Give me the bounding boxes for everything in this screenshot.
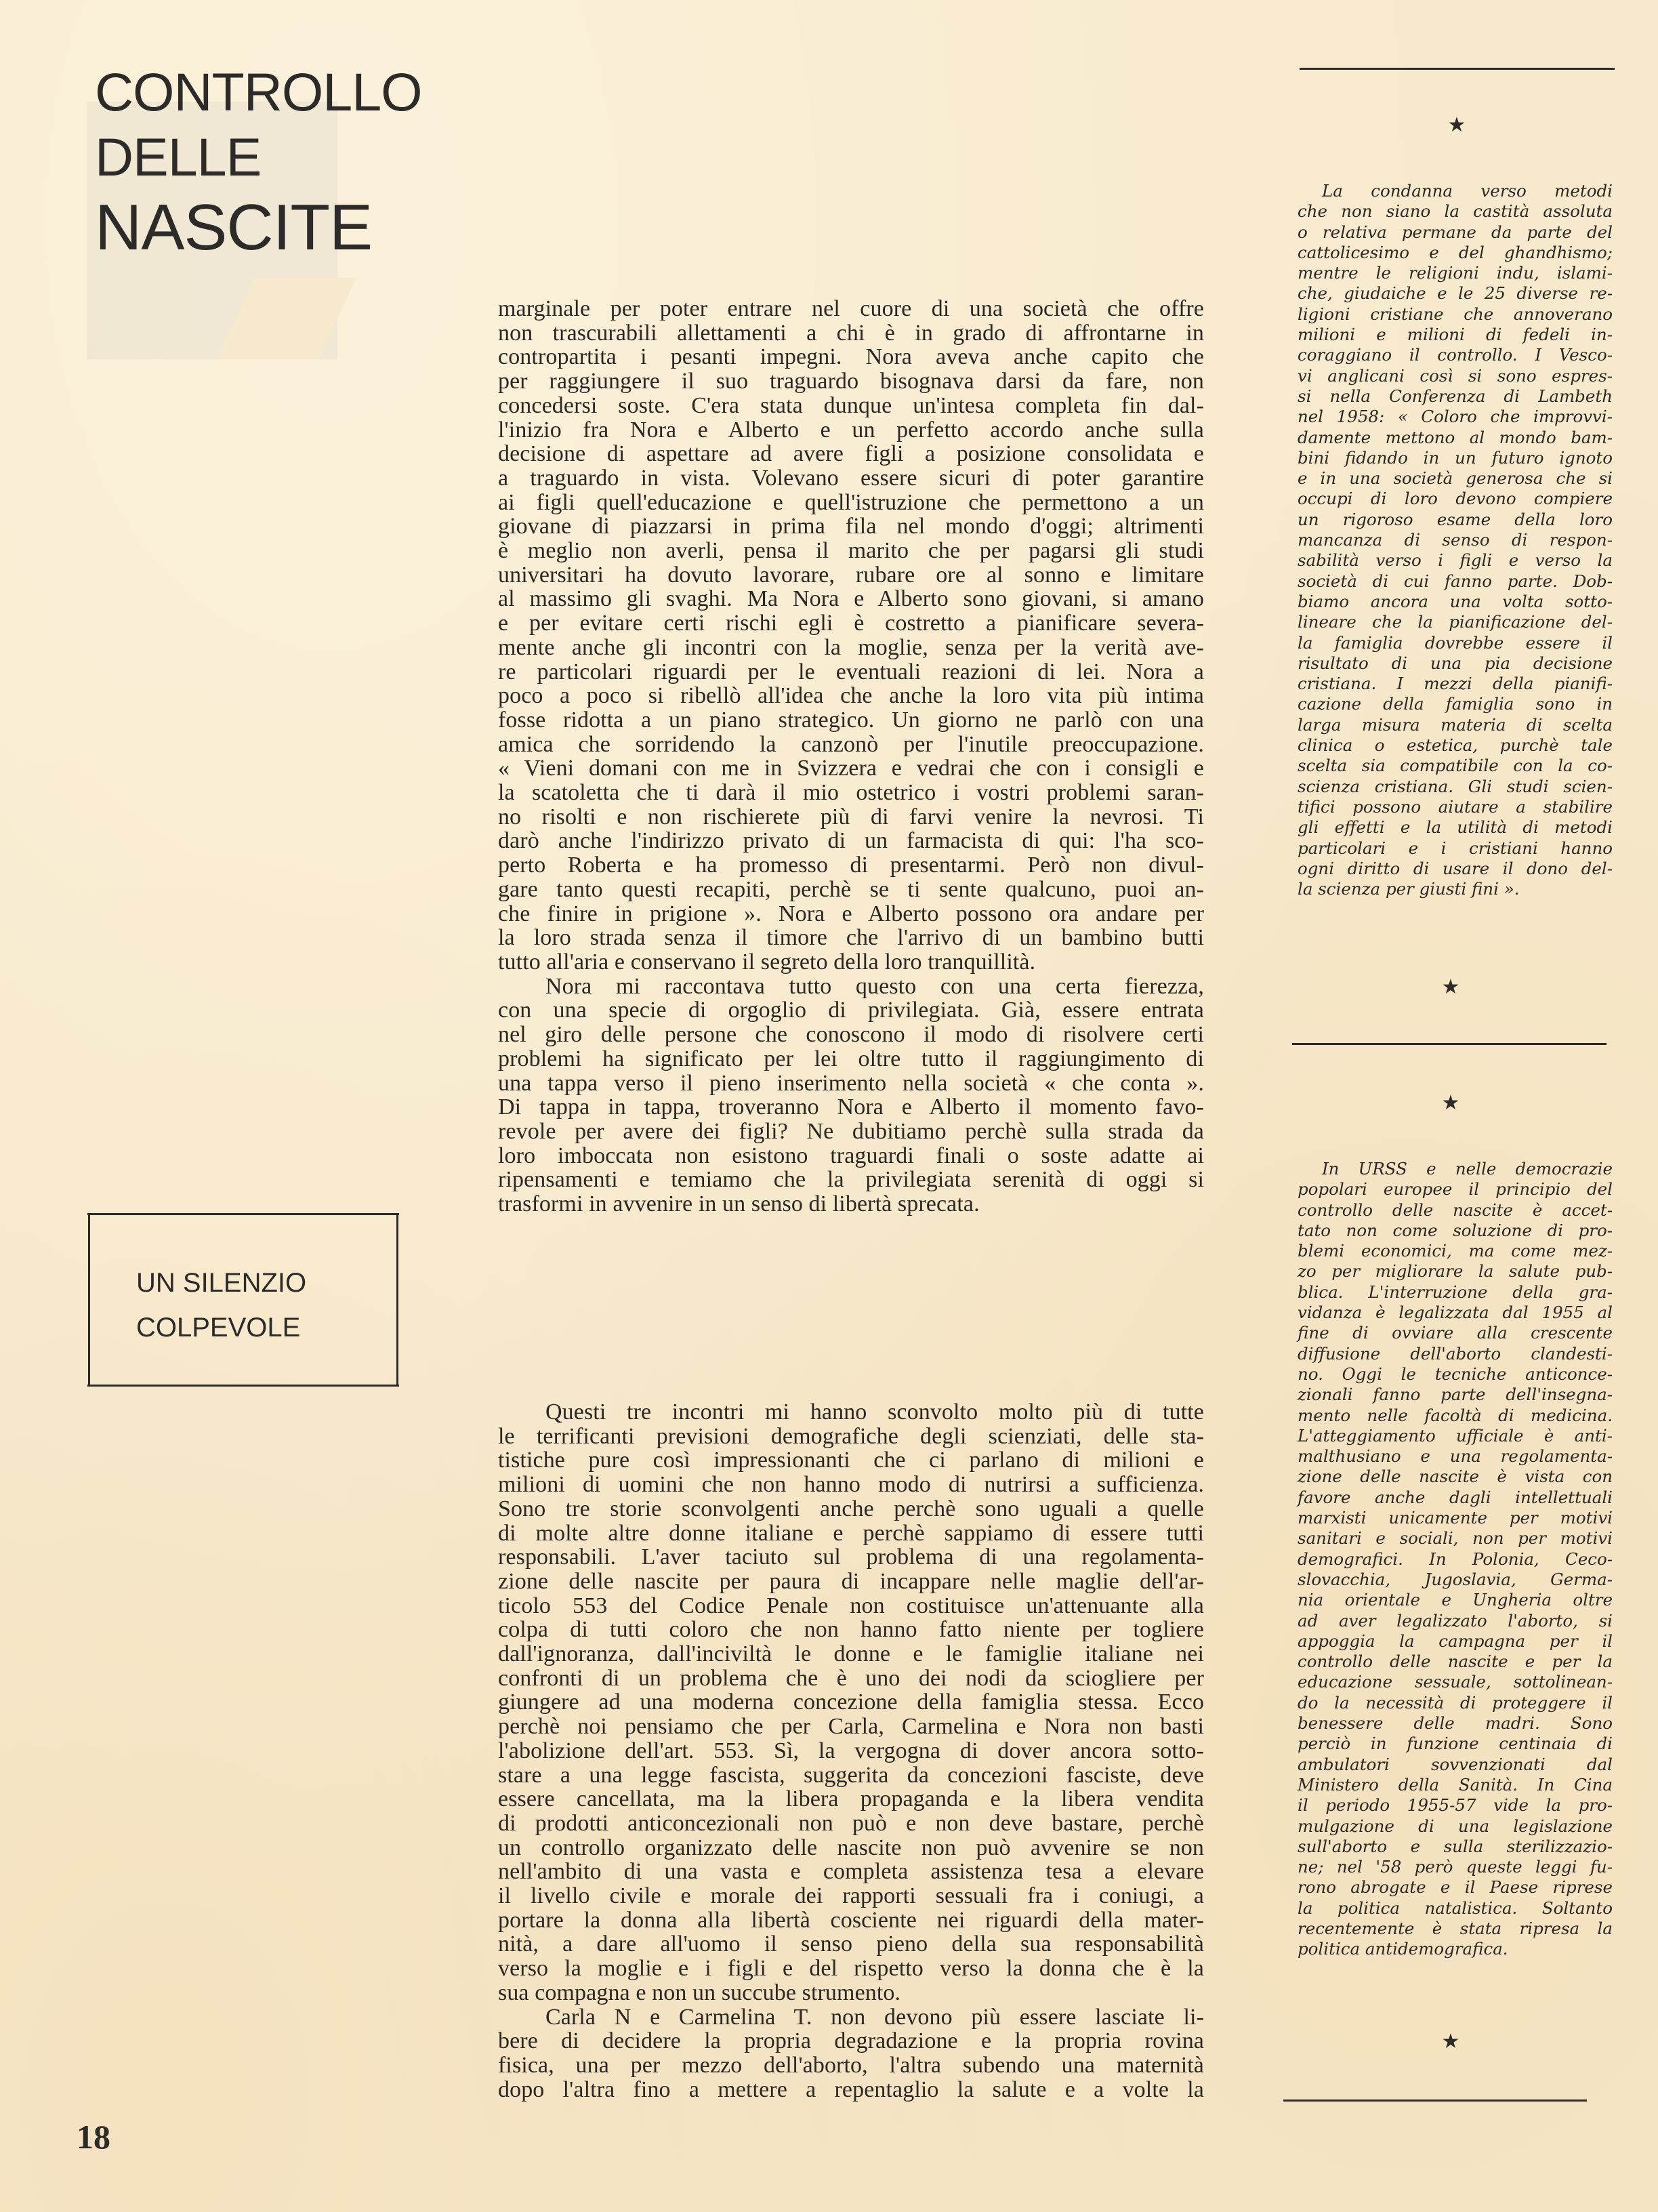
sidebar-box-1-text: La condanna verso metodiche non siano la… <box>1298 181 1613 899</box>
text-line: l'abolizione dell'art. 553. Sì, la vergo… <box>498 1739 1204 1763</box>
text-line: concedersi soste. C'era stata dunque un'… <box>498 394 1204 418</box>
text-line: un controllo organizzato delle nascite n… <box>498 1836 1204 1860</box>
text-line: dopo l'altra fino a mettere a repentagli… <box>498 2078 1204 2102</box>
sidebar-text-line: mentre le religioni indu, islami- <box>1298 263 1613 283</box>
text-line: nel giro delle persone che conoscono il … <box>498 1023 1204 1047</box>
sidebar-text-line: biamo ancora una volta sotto- <box>1298 592 1613 612</box>
text-line: e per evitare certi rischi egli è costre… <box>498 611 1204 636</box>
text-line: fisica, una per mezzo dell'aborto, l'alt… <box>498 2053 1204 2078</box>
sidebar-text-line: larga misura materia di scelta <box>1298 715 1613 735</box>
text-line: per raggiungere il suo traguardo bisogna… <box>498 369 1204 394</box>
sidebar-text-line: mulgazione di una legislazione <box>1298 1816 1613 1837</box>
text-line: revole per avere dei figli? Ne dubitiamo… <box>498 1120 1204 1144</box>
sidebar-text-line: blemi economici, ma come mez- <box>1298 1241 1613 1261</box>
boxed-subtitle-text: UN SILENZIO COLPEVOLE <box>136 1261 306 1350</box>
sidebar-text-line: fine di ovviare alla crescente <box>1298 1323 1613 1343</box>
text-line: perto Roberta e ha promesso di presentar… <box>498 853 1204 878</box>
title-line-3: NASCITE <box>95 190 422 266</box>
sidebar-text-line: e in una società generosa che si <box>1298 468 1613 489</box>
text-line: bere di decidere la propria degradazione… <box>498 2029 1204 2053</box>
sidebar-text-line: scelta sia compatibile con la co- <box>1298 756 1613 776</box>
sidebar-text-line: che, giudaiche e le 25 diverse re- <box>1298 283 1613 304</box>
sidebar-rule-top <box>1300 68 1615 70</box>
sidebar-text-line: clinica o estetica, purchè tale <box>1298 735 1613 756</box>
sidebar-text-line: gli effetti e la utilità di metodi <box>1298 817 1613 838</box>
article-title: CONTROLLO DELLE NASCITE <box>95 60 422 266</box>
sidebar-text-line: nel 1958: « Coloro che improvvi- <box>1298 407 1613 427</box>
sidebar-text-line: L'atteggiamento ufficiale è anti- <box>1298 1426 1613 1446</box>
star-icon: ★ <box>1437 2032 1464 2052</box>
star-icon: ★ <box>1437 1093 1464 1113</box>
text-line: a traguardo in vista. Volevano essere si… <box>498 466 1204 491</box>
text-line: responsabili. L'aver taciuto sul problem… <box>498 1545 1204 1570</box>
title-line-1: CONTROLLO <box>95 60 422 125</box>
text-line: portare la donna alla libertà cosciente … <box>498 1908 1204 1933</box>
text-line: tutto all'aria e conservano il segreto d… <box>498 950 1204 975</box>
sidebar-text-line: do la necessità di proteggere il <box>1298 1693 1613 1713</box>
sidebar-text-line: si nella Conferenza di Lambeth <box>1298 386 1613 407</box>
text-line: di prodotti anticoncezionali non può e n… <box>498 1811 1204 1836</box>
sidebar-text-line: o relativa permane da parte del <box>1298 222 1613 243</box>
page-number: 18 <box>77 2117 110 2156</box>
title-line-2: DELLE <box>95 125 422 190</box>
text-line: le terrificanti previsioni demografiche … <box>498 1425 1204 1449</box>
text-line: ticolo 553 del Codice Penale non costitu… <box>498 1594 1204 1618</box>
text-line: l'inizio fra Nora e Alberto e un perfett… <box>498 418 1204 443</box>
sidebar-text-line: damente mettono al mondo bam- <box>1298 428 1613 448</box>
sidebar-text-line: cazione della famiglia sono in <box>1298 694 1613 714</box>
sidebar-text-line: vi anglicani così si sono espres- <box>1298 366 1613 386</box>
main-text-block-1: marginale per poter entrare nel cuore di… <box>498 297 1204 1216</box>
text-line: zione delle nascite per paura di incappa… <box>498 1570 1204 1594</box>
sidebar-text-line: occupi di loro devono compiere <box>1298 489 1613 509</box>
sidebar-text-line: vidanza è legalizzata dal 1955 al <box>1298 1303 1613 1323</box>
text-line: Nora mi raccontava tutto questo con una … <box>498 975 1204 999</box>
text-line: al massimo gli svaghi. Ma Nora e Alberto… <box>498 587 1204 611</box>
text-line: « Vieni domani con me in Svizzera e vedr… <box>498 756 1204 781</box>
text-line: dall'ignoranza, dall'inciviltà le donne … <box>498 1642 1204 1666</box>
text-line: non trascurabili allettamenti a chi è in… <box>498 321 1204 346</box>
text-line: no risolti e non rischierete più di farv… <box>498 805 1204 829</box>
star-icon: ★ <box>1437 977 1464 998</box>
sidebar-text-line: ogni diritto di usare il dono del- <box>1298 859 1613 879</box>
sidebar-text-line: benessere delle madri. Sono <box>1298 1713 1613 1734</box>
text-line: Di tappa in tappa, troveranno Nora e Alb… <box>498 1095 1204 1120</box>
text-line: una tappa verso il pieno inserimento nel… <box>498 1071 1204 1096</box>
text-line: che finire in prigione ». Nora e Alberto… <box>498 902 1204 926</box>
boxed-subtitle: UN SILENZIO COLPEVOLE <box>88 1213 398 1387</box>
paragraph: Nora mi raccontava tutto questo con una … <box>498 975 1204 1216</box>
text-line: è meglio non averli, pensa il marito che… <box>498 539 1204 563</box>
sidebar-text-line: società di cui fanno parte. Dob- <box>1298 571 1613 592</box>
text-line: Sono tre storie sconvolgenti anche perch… <box>498 1497 1204 1521</box>
sidebar-text-line: sanitari e sociali, non per motivi <box>1298 1528 1613 1549</box>
sidebar-text-line: blica. L'interruzione della gra- <box>1298 1282 1613 1303</box>
sidebar-text-line: tifici possono aiutare a stabilire <box>1298 797 1613 817</box>
text-line: darò anche l'indirizzo privato di un far… <box>498 829 1204 853</box>
paragraph: Questi tre incontri mi hanno sconvolto m… <box>498 1400 1204 2005</box>
text-line: colpa di tutti coloro che non hanno fatt… <box>498 1618 1204 1642</box>
sidebar-text-line: zione delle nascite è vista con <box>1298 1467 1613 1487</box>
text-line: ripensamenti e temiamo che la privilegia… <box>498 1168 1204 1192</box>
sidebar-text-line: no. Oggi le tecniche anticonce- <box>1298 1364 1613 1385</box>
text-line: nell'ambito di una vasta e completa assi… <box>498 1860 1204 1884</box>
sidebar-text-line: coraggiano il controllo. I Vesco- <box>1298 345 1613 365</box>
sidebar-text-line: sabilità verso i figli e verso la <box>1298 550 1613 571</box>
sidebar-text-line: zo per migliorare la salute pub- <box>1298 1261 1613 1282</box>
boxed-subtitle-line-2: COLPEVOLE <box>136 1305 306 1350</box>
text-line: la loro strada senza il timore che l'arr… <box>498 926 1204 950</box>
sidebar-text-line: cattolicesimo e del ghandhismo; <box>1298 243 1613 263</box>
text-line: marginale per poter entrare nel cuore di… <box>498 297 1204 321</box>
text-line: la scatoletta che ti darà il mio ostetri… <box>498 781 1204 805</box>
sidebar-text-line: ne; nel '58 però queste leggi fu- <box>1298 1857 1613 1877</box>
sidebar-text-line: diffusione dell'aborto clandesti- <box>1298 1344 1613 1364</box>
text-line: tistiche pure così impressionanti che ci… <box>498 1448 1204 1473</box>
sidebar-text-line: la politica natalistica. Soltanto <box>1298 1898 1613 1919</box>
sidebar-text-line: ligioni cristiane che annoverano <box>1298 304 1613 325</box>
sidebar-text-line: un rigoroso esame della loro <box>1298 510 1613 530</box>
text-line: il livello civile e morale dei rapporti … <box>498 1884 1204 1908</box>
sidebar-text-line: tato non come soluzione di pro- <box>1298 1221 1613 1241</box>
sidebar-text-line: politica antidemografica. <box>1298 1939 1613 1959</box>
sidebar-text-line: risultato di una pia decisione <box>1298 653 1613 674</box>
boxed-subtitle-line-1: UN SILENZIO <box>136 1261 306 1305</box>
sidebar-text-line: particolari e i cristiani hanno <box>1298 838 1613 859</box>
text-line: poco a poco si ribellò all'idea che anch… <box>498 684 1204 708</box>
sidebar-text-line: controllo delle nascite e per la <box>1298 1652 1613 1672</box>
sidebar-text-line: appoggia la campagna per il <box>1298 1631 1613 1652</box>
sidebar-text-line: il periodo 1955-57 vide la pro- <box>1298 1795 1613 1816</box>
text-line: decisione di aspettare ad avere figli a … <box>498 442 1204 466</box>
sidebar-text-line: marxisti unicamente per motivi <box>1298 1508 1613 1528</box>
text-line: confronti di un problema che è uno dei n… <box>498 1666 1204 1691</box>
sidebar-text-line: che non siano la castità assoluta <box>1298 201 1613 222</box>
text-line: re particolari riguardi per le eventuali… <box>498 660 1204 684</box>
text-line: perchè noi pensiamo che per Carla, Carme… <box>498 1715 1204 1739</box>
sidebar-text-line: bini fidando in un futuro ignoto <box>1298 448 1613 468</box>
sidebar-text-line: cristiana. I mezzi della pianifi- <box>1298 674 1613 694</box>
sidebar-text-line: mancanza di senso di respon- <box>1298 530 1613 550</box>
text-line: Questi tre incontri mi hanno sconvolto m… <box>498 1400 1204 1425</box>
text-line: fosse ridotta a un piano strategico. Un … <box>498 708 1204 733</box>
sidebar-text-line: scienza cristiana. Gli studi scien- <box>1298 777 1613 797</box>
text-line: contropartita i pesanti impegni. Nora av… <box>498 345 1204 369</box>
main-text-block-2: Questi tre incontri mi hanno sconvolto m… <box>498 1400 1204 2102</box>
text-line: amica che sorridendo la canzonò per l'in… <box>498 733 1204 757</box>
text-line: verso la moglie e i figli e del rispetto… <box>498 1957 1204 1981</box>
sidebar-text-line: la scienza per giusti fini ». <box>1298 879 1613 899</box>
sidebar-text-line: In URSS e nelle democrazie <box>1298 1159 1613 1179</box>
text-line: nità, a dare all'uomo il senso pieno del… <box>498 1932 1204 1957</box>
text-line: ai figli quell'educazione e quell'istruz… <box>498 491 1204 515</box>
sidebar-text-line: slovacchia, Jugoslavia, Germa- <box>1298 1570 1613 1590</box>
sidebar-text-line: recentemente è stata ripresa la <box>1298 1919 1613 1939</box>
text-line: giungere ad una moderna concezione della… <box>498 1690 1204 1715</box>
sidebar-rule-middle <box>1292 1043 1607 1045</box>
text-line: giovane di piazzarsi in prima fila nel m… <box>498 514 1204 539</box>
text-line: mente anche gli incontri con la moglie, … <box>498 636 1204 660</box>
sidebar-text-line: ambulatori sovvenzionati dal <box>1298 1755 1613 1775</box>
text-line: loro imboccata non esistono traguardi fi… <box>498 1144 1204 1168</box>
sidebar-text-line: zionali fanno parte dell'insegna- <box>1298 1385 1613 1405</box>
text-line: di molte altre donne italiane e perchè s… <box>498 1521 1204 1546</box>
text-line: universitari ha dovuto lavorare, rubare … <box>498 563 1204 588</box>
text-line: trasformi in avvenire in un senso di lib… <box>498 1192 1204 1216</box>
sidebar-text-line: Ministero della Sanità. In Cina <box>1298 1775 1613 1795</box>
paragraph: marginale per poter entrare nel cuore di… <box>498 297 1204 975</box>
sidebar-text-line: popolari europee il principio del <box>1298 1179 1613 1200</box>
sidebar-text-line: rono abrogate e il Paese riprese <box>1298 1877 1613 1898</box>
text-line: gare tanto questi recapiti, perchè se ti… <box>498 878 1204 902</box>
text-line: stare a una legge fascista, suggerita da… <box>498 1763 1204 1788</box>
text-line: con una specie di orgoglio di privilegia… <box>498 998 1204 1023</box>
star-icon: ★ <box>1443 115 1470 136</box>
sidebar-rule-bottom <box>1283 2100 1587 2102</box>
sidebar-box-2-text: In URSS e nelle democraziepopolari europ… <box>1298 1159 1613 1960</box>
sidebar-text-line: demografici. In Polonia, Ceco- <box>1298 1549 1613 1570</box>
sidebar-text-line: perciò in funzione centinaia di <box>1298 1734 1613 1754</box>
sidebar-text-line: ad aver legalizzato l'aborto, si <box>1298 1611 1613 1631</box>
text-line: sua compagna e non un succube strumento. <box>498 1981 1204 2005</box>
sidebar-text-line: malthusiano e una regolamenta- <box>1298 1446 1613 1467</box>
sidebar-text-line: sull'aborto e sulla sterilizzazio- <box>1298 1837 1613 1857</box>
text-line: essere cancellata, ma la libera propagan… <box>498 1787 1204 1811</box>
sidebar-text-line: favore anche dagli intellettuali <box>1298 1488 1613 1508</box>
sidebar-text-line: lineare che la pianificazione del- <box>1298 612 1613 632</box>
sidebar-text-line: mento nelle facoltà di medicina. <box>1298 1406 1613 1426</box>
text-line: Carla N e Carmelina T. non devono più es… <box>498 2005 1204 2030</box>
text-line: milioni di uomini che non hanno modo di … <box>498 1473 1204 1497</box>
sidebar-text-line: controllo delle nascite è accet- <box>1298 1200 1613 1221</box>
paragraph: Carla N e Carmelina T. non devono più es… <box>498 2005 1204 2102</box>
sidebar-text-line: La condanna verso metodi <box>1298 181 1613 201</box>
sidebar-text-line: nia orientale e Ungheria oltre <box>1298 1590 1613 1610</box>
text-line: problemi ha significato per lei oltre tu… <box>498 1047 1204 1071</box>
sidebar-text-line: educazione sessuale, sottolinean- <box>1298 1672 1613 1692</box>
sidebar-text-line: la famiglia dovrebbe essere il <box>1298 633 1613 653</box>
sidebar-text-line: milioni e milioni di fedeli in- <box>1298 325 1613 345</box>
